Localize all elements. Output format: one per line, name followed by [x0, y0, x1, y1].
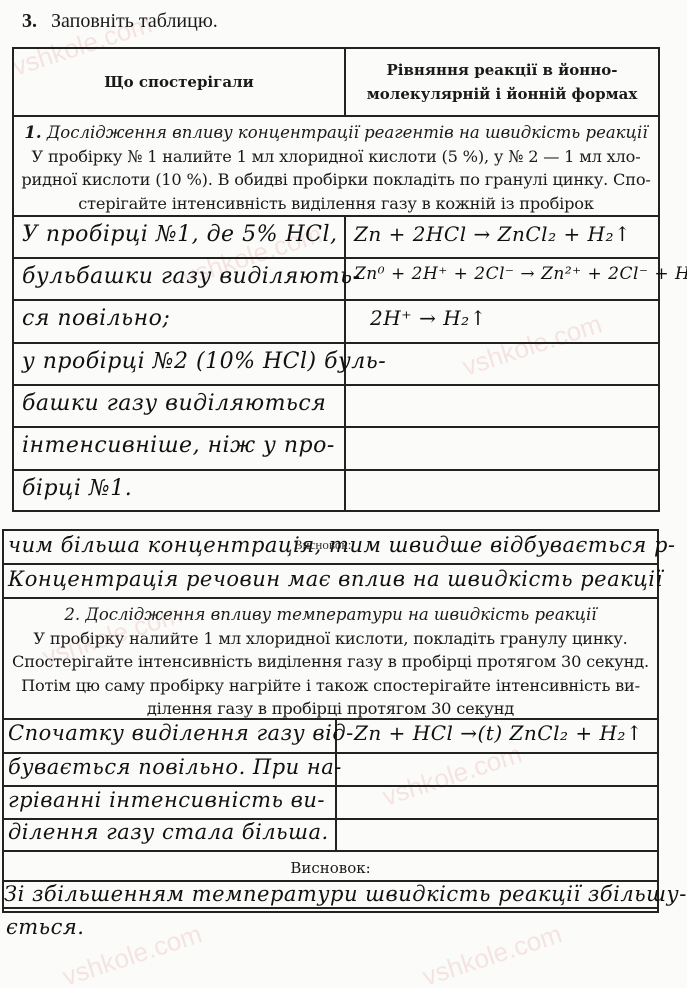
ruled-line — [4, 752, 657, 754]
header-equations: Рівняння реакції в йонно- молекулярній і… — [346, 49, 658, 115]
conclusion-line: Концентрація речовин має вплив на швидкі… — [8, 567, 663, 591]
task-number: 3. — [22, 10, 37, 32]
equation-molecular: Zn + HCl →(t) ZnCl₂ + H₂↑ — [354, 721, 643, 745]
observation-line: бірці №1. — [22, 476, 132, 501]
divider — [4, 718, 657, 720]
ruled-line — [14, 342, 658, 344]
instruction-line: Потім цю саму пробірку нагрійте і також … — [4, 674, 657, 698]
instruction-line: ділення газу в пробірці протягом 30 секу… — [4, 697, 657, 721]
instruction-line: ридної кислоти (10 %). В обидві пробірки… — [14, 168, 658, 192]
ruled-line — [14, 426, 658, 428]
ruled-line — [14, 299, 658, 301]
instruction-line: У пробірку налийте 1 мл хлоридної кислот… — [4, 627, 657, 651]
experiment1-title-text: Дослідження впливу концентрації реагенті… — [47, 123, 648, 142]
experiment1-number: 1. — [24, 123, 41, 142]
ruled-line — [14, 257, 658, 259]
experiment2-title: 2. Дослідження впливу температури на шви… — [4, 603, 657, 627]
divider — [14, 115, 658, 117]
experiment1-instructions: 1. Дослідження впливу концентрації реаге… — [14, 121, 658, 215]
conclusion-line: ється. — [6, 915, 84, 939]
instruction-line: Спостерігайте інтенсивність виділення га… — [4, 650, 657, 674]
observation-line: гріванні інтенсивність ви- — [8, 788, 325, 812]
header-equations-line1: Рівняння реакції в йонно- — [367, 58, 638, 82]
conclusion-line: чим більша концентрація, тим швидше відб… — [8, 533, 675, 557]
ruled-line — [4, 850, 657, 852]
observation-line: інтенсивніше, ніж у про- — [22, 433, 335, 458]
equation-molecular: Zn + 2HCl → ZnCl₂ + H₂↑ — [354, 222, 631, 246]
task-text: Заповніть таблицю. — [51, 10, 218, 32]
ruled-line — [4, 563, 657, 565]
experiment1-conclusion: Висновок: чим більша концентрація, тим ш… — [2, 529, 659, 599]
task-title: 3.Заповніть таблицю. — [22, 10, 218, 33]
observation-line: ся повільно; — [22, 306, 170, 331]
ruled-line — [14, 469, 658, 471]
experiment1-title: 1. Дослідження впливу концентрації реаге… — [14, 121, 658, 145]
observation-line: У пробірці №1, де 5% HCl, — [22, 222, 338, 247]
conclusion-line: Зі збільшенням температури швидкість реа… — [4, 882, 687, 906]
experiment2-table: 2. Дослідження впливу температури на шви… — [2, 597, 659, 909]
header-equations-line2: молекулярній і йонній формах — [367, 82, 638, 106]
observation-line: Спочатку виділення газу від- — [8, 721, 354, 745]
experiment2-instructions: 2. Дослідження впливу температури на шви… — [4, 603, 657, 721]
instruction-line: стерігайте інтенсивність виділення газу … — [14, 192, 658, 216]
observation-line: ділення газу стала більша. — [8, 820, 329, 844]
ruled-line — [4, 785, 657, 787]
header-observed: Що спостерігали — [14, 49, 346, 115]
experiment2-title-text: Дослідження впливу температури на швидкі… — [85, 605, 596, 624]
ruled-line — [14, 384, 658, 386]
experiment1-table: Що спостерігали Рівняння реакції в йонно… — [12, 47, 660, 512]
equation-full-ionic: Zn⁰ + 2H⁺ + 2Cl⁻ → Zn²⁺ + 2Cl⁻ + H₂↑ — [354, 264, 687, 284]
observation-line: бульбашки газу виділяють- — [22, 264, 361, 289]
divider — [14, 215, 658, 217]
observation-line: башки газу виділяються — [22, 391, 326, 416]
conclusion-label: Висновок: — [4, 857, 657, 881]
equation-short-ionic: 2H⁺ → H₂↑ — [370, 306, 487, 330]
observation-line: у пробірці №2 (10% HCl) буль- — [22, 349, 386, 374]
experiment2-conclusion: Зі збільшенням температури швидкість реа… — [2, 880, 659, 913]
instruction-line: У пробірку № 1 налийте 1 мл хлоридної ки… — [14, 145, 658, 169]
watermark: vshkole.com — [419, 918, 566, 988]
experiment2-number: 2. — [64, 605, 80, 624]
observation-line: бувається повільно. При на- — [8, 755, 342, 779]
